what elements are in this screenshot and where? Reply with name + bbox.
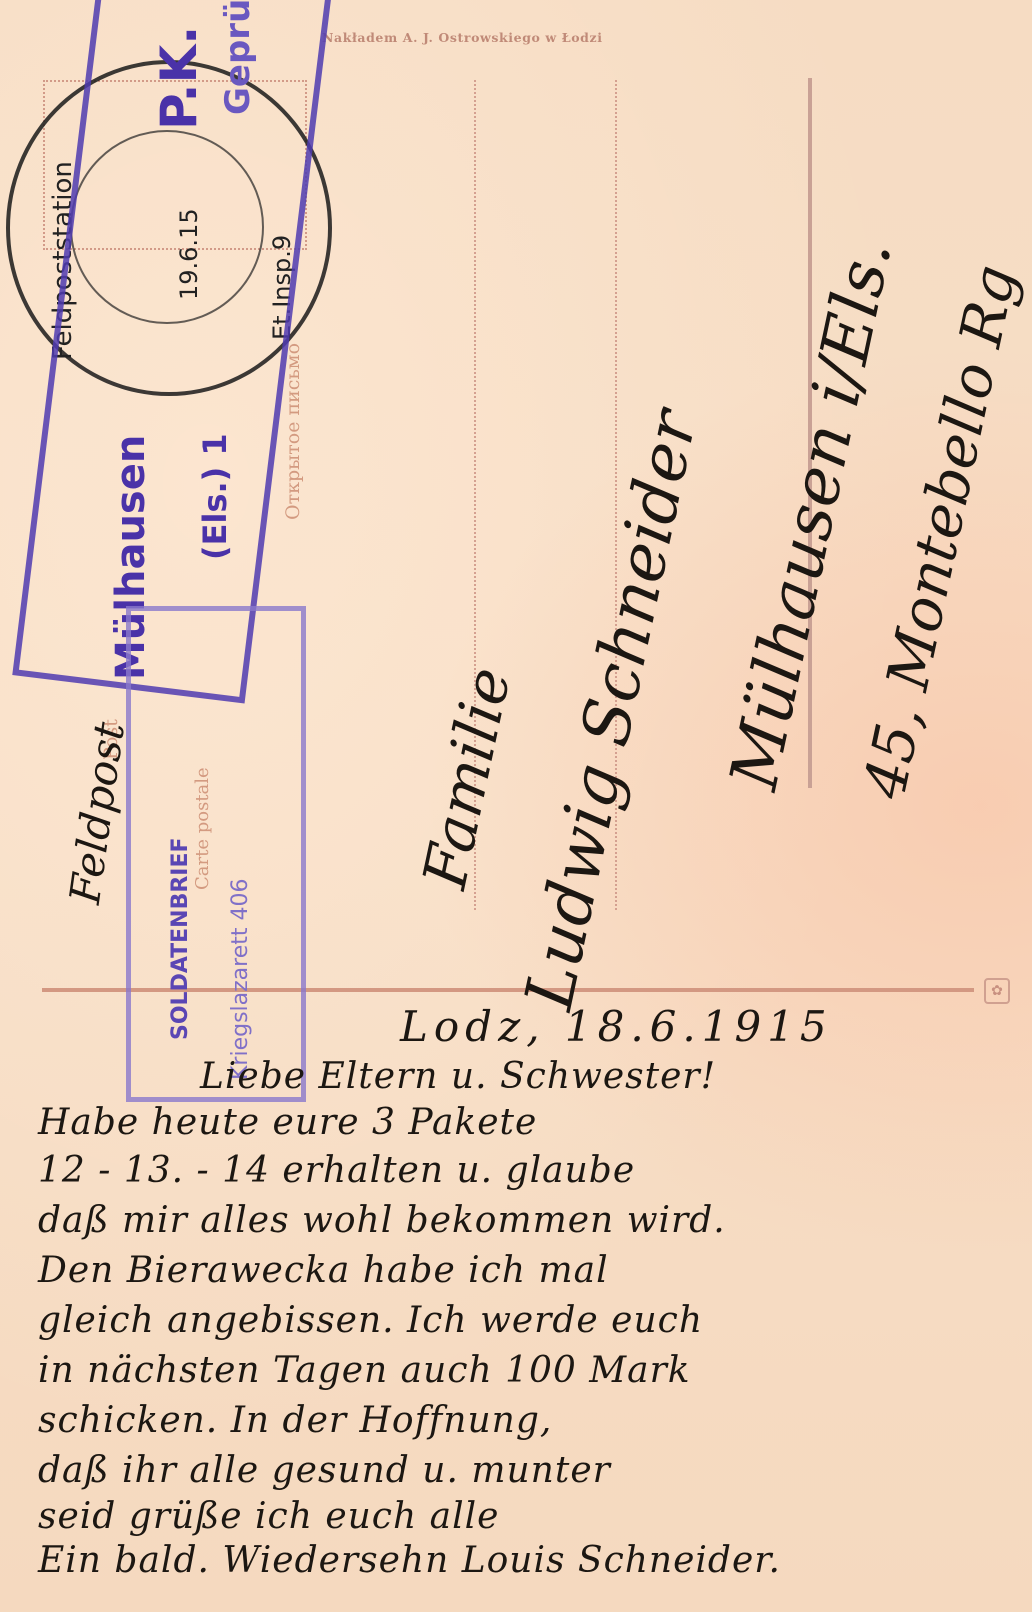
message-line: in nächsten Tagen auch 100 Mark xyxy=(38,1350,691,1391)
address-line-2: Ludwig Schneider xyxy=(510,404,712,1016)
message-line: Liebe Eltern u. Schwester! xyxy=(200,1056,716,1097)
unit-stamp-line2: Kriegslazarett 406 xyxy=(228,878,253,1080)
message-line: gleich angebissen. Ich werde euch xyxy=(38,1300,703,1341)
unit-stamp-line1: SOLDATENBRIEF xyxy=(168,837,193,1040)
message-line: seid grüße ich euch alle xyxy=(38,1496,499,1537)
message-line: schicken. In der Hoffnung, xyxy=(38,1400,552,1441)
publisher-logo-icon: ✿ xyxy=(984,978,1010,1004)
feldpost-label: Feldpost xyxy=(60,719,134,907)
unit-stamp-frame xyxy=(126,606,306,1102)
message-line: daß mir alles wohl bekommen wird. xyxy=(38,1200,726,1241)
message-line: daß ihr alle gesund u. munter xyxy=(38,1450,611,1491)
message-line: 12 - 13. - 14 erhalten u. glaube xyxy=(38,1150,635,1191)
publisher-imprint: Nakładem A. J. Ostrowskiego w Łodzi xyxy=(322,30,603,45)
message-line: Den Bierawecka habe ich mal xyxy=(38,1250,609,1291)
postcard: Nakładem A. J. Ostrowskiego w Łodzi ✿ От… xyxy=(0,0,1032,1612)
censor-overlay-mark: P.K. xyxy=(150,26,208,130)
message-line: Ein bald. Wiedersehn Louis Schneider. xyxy=(38,1540,781,1581)
censor-top-text: Geprüft xyxy=(218,0,258,115)
address-line-1: Familie xyxy=(410,662,525,895)
message-line: Habe heute eure 3 Pakete xyxy=(38,1102,537,1143)
censor-region: (Els.) 1 xyxy=(196,433,234,560)
message-dateline: Lodz, 18.6.1915 xyxy=(400,1002,833,1051)
